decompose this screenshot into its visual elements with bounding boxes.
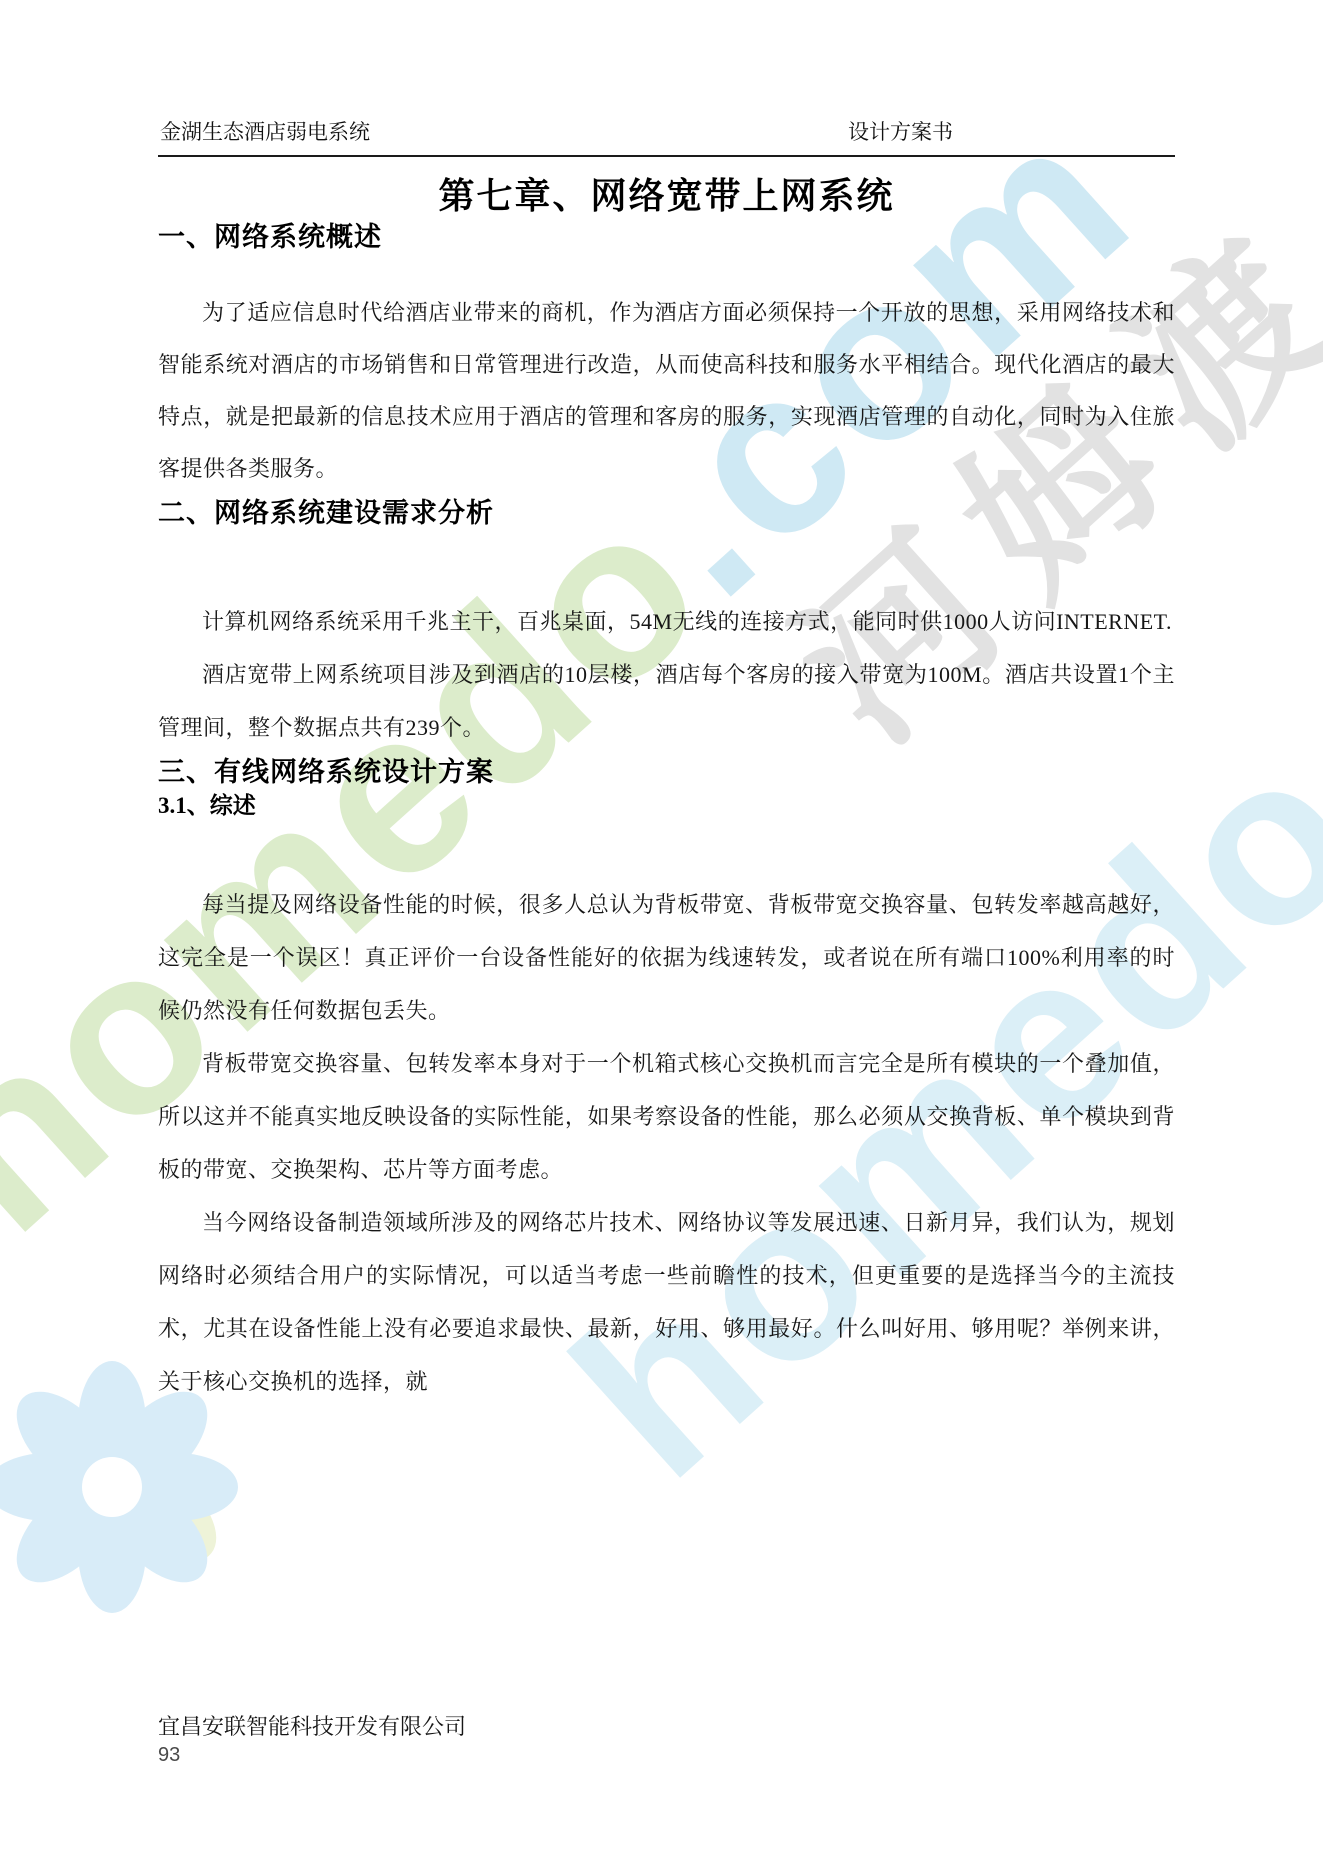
section-1-body: 为了适应信息时代给酒店业带来的商机，作为酒店方面必须保持一个开放的思想，采用网络… xyxy=(158,287,1175,495)
section-2-heading: 二、网络系统建设需求分析 xyxy=(158,495,1175,531)
page-footer: 宜昌安联智能科技开发有限公司 93 xyxy=(158,1712,466,1768)
section-3-1-heading: 3.1、综述 xyxy=(158,790,1175,822)
paragraph: 计算机网络系统采用千兆主干，百兆桌面，54M无线的连接方式，能同时供1000人访… xyxy=(158,595,1175,648)
footer-company-name: 宜昌安联智能科技开发有限公司 xyxy=(158,1712,466,1742)
header-doc-type: 设计方案书 xyxy=(848,118,953,146)
section-3-body: 每当提及网络设备性能的时候，很多人总认为背板带宽、背板带宽交换容量、包转发率越高… xyxy=(158,878,1175,1408)
section-3-heading: 三、有线网络系统设计方案 xyxy=(158,754,1175,790)
section-1-heading: 一、网络系统概述 xyxy=(158,219,1175,255)
page-content: 金湖生态酒店弱电系统 设计方案书 第七章、网络宽带上网系统 一、网络系统概述 为… xyxy=(0,0,1323,1871)
document-page: 河姆渡 homedo.com homedo .com xyxy=(0,0,1323,1871)
section-2-body: 计算机网络系统采用千兆主干，百兆桌面，54M无线的连接方式，能同时供1000人访… xyxy=(158,595,1175,754)
paragraph: 每当提及网络设备性能的时候，很多人总认为背板带宽、背板带宽交换容量、包转发率越高… xyxy=(158,878,1175,1037)
paragraph: 背板带宽交换容量、包转发率本身对于一个机箱式核心交换机而言完全是所有模块的一个叠… xyxy=(158,1037,1175,1196)
header-system-title: 金湖生态酒店弱电系统 xyxy=(160,118,370,146)
paragraph: 酒店宽带上网系统项目涉及到酒店的10层楼，酒店每个客房的接入带宽为100M。酒店… xyxy=(158,648,1175,754)
footer-page-number: 93 xyxy=(158,1742,466,1768)
paragraph: 为了适应信息时代给酒店业带来的商机，作为酒店方面必须保持一个开放的思想，采用网络… xyxy=(158,287,1175,495)
paragraph: 当今网络设备制造领域所涉及的网络芯片技术、网络协议等发展迅速、日新月异，我们认为… xyxy=(158,1196,1175,1408)
page-header: 金湖生态酒店弱电系统 设计方案书 xyxy=(158,118,1175,157)
chapter-title: 第七章、网络宽带上网系统 xyxy=(158,173,1175,219)
